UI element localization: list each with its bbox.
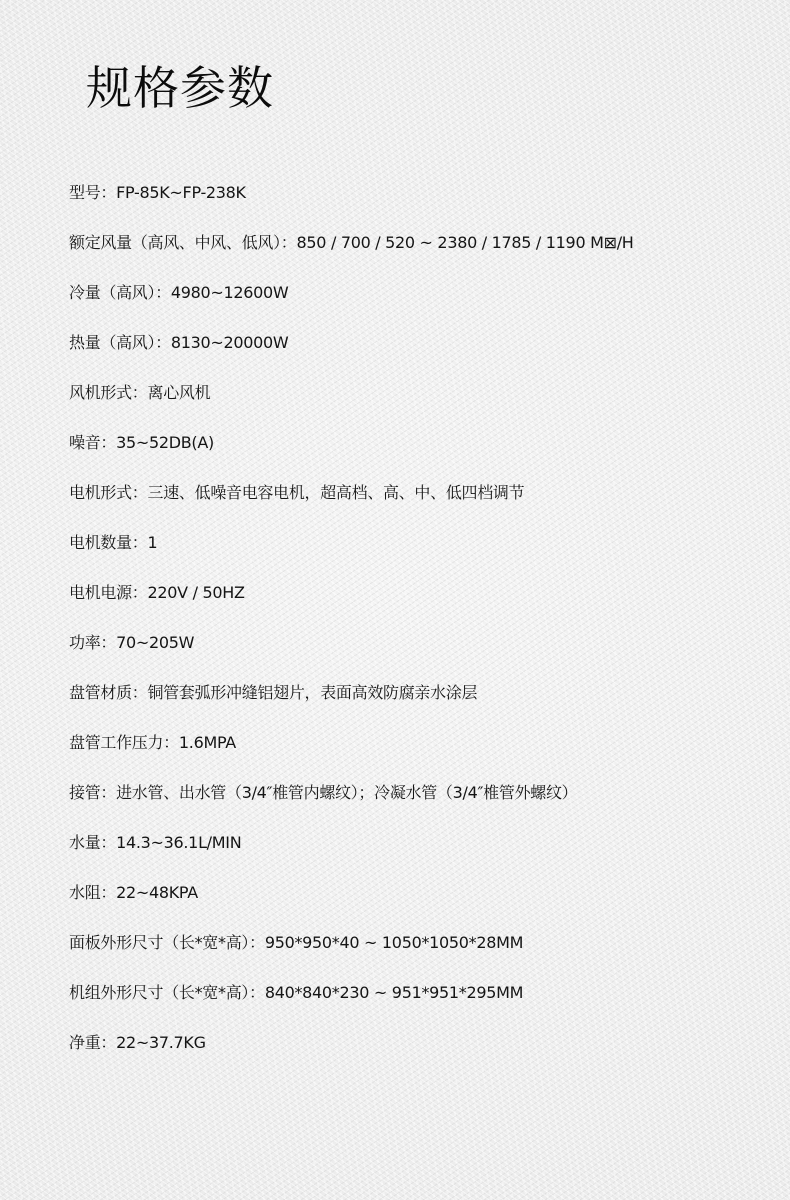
spec-row-rated-airflow: 额定风量（高风、中风、低风）：850 / 700 / 520 ~ 2380 / …: [69, 230, 634, 280]
spec-row-motor-type: 电机形式：三速、低噪音电容电机，超高档、高、中、低四档调节: [69, 480, 634, 530]
spec-value: 220V / 50HZ: [148, 583, 245, 602]
spec-row-power: 功率：70~205W: [69, 630, 634, 680]
spec-label: 功率：: [69, 633, 116, 652]
spec-list: 型号：FP-85K~FP-238K 额定风量（高风、中风、低风）：850 / 7…: [69, 180, 634, 1080]
spec-value: 1: [148, 533, 158, 552]
spec-value: 三速、低噪音电容电机，超高档、高、中、低四档调节: [148, 483, 525, 502]
spec-value: 铜管套弧形冲缝铝翅片，表面高效防腐亲水涂层: [148, 683, 478, 702]
spec-value: 840*840*230 ~ 951*951*295MM: [265, 983, 523, 1002]
spec-label: 电机数量：: [69, 533, 148, 552]
spec-label: 电机电源：: [69, 583, 148, 602]
spec-label: 水量：: [69, 833, 116, 852]
spec-label: 型号：: [69, 183, 116, 202]
spec-label: 噪音：: [69, 433, 116, 452]
spec-row-coil-material: 盘管材质：铜管套弧形冲缝铝翅片，表面高效防腐亲水涂层: [69, 680, 634, 730]
spec-row-noise: 噪音：35~52DB(A): [69, 430, 634, 480]
spec-value: 进水管、出水管（3/4″椎管内螺纹）；冷凝水管（3/4″椎管外螺纹）: [116, 783, 577, 802]
spec-value: 22~48KPA: [116, 883, 198, 902]
spec-row-net-weight: 净重：22~37.7KG: [69, 1030, 634, 1080]
spec-row-motor-power-supply: 电机电源：220V / 50HZ: [69, 580, 634, 630]
spec-value: 850 / 700 / 520 ~ 2380 / 1785 / 1190 M⊠/…: [297, 233, 634, 252]
spec-value: FP-85K~FP-238K: [116, 183, 246, 202]
spec-label: 热量（高风）：: [69, 333, 171, 352]
spec-value: 4980~12600W: [171, 283, 289, 302]
spec-label: 接管：: [69, 783, 116, 802]
spec-row-cooling-capacity: 冷量（高风）：4980~12600W: [69, 280, 634, 330]
spec-row-water-flow: 水量：14.3~36.1L/MIN: [69, 830, 634, 880]
spec-value: 22~37.7KG: [116, 1033, 206, 1052]
spec-label: 盘管材质：: [69, 683, 148, 702]
spec-label: 面板外形尺寸（长*宽*高）：: [69, 933, 265, 952]
spec-row-water-resistance: 水阻：22~48KPA: [69, 880, 634, 930]
spec-value: 35~52DB(A): [116, 433, 214, 452]
spec-value: 950*950*40 ~ 1050*1050*28MM: [265, 933, 523, 952]
spec-value: 8130~20000W: [171, 333, 289, 352]
spec-label: 冷量（高风）：: [69, 283, 171, 302]
spec-label: 风机形式：: [69, 383, 148, 402]
spec-row-coil-pressure: 盘管工作压力：1.6MPA: [69, 730, 634, 780]
spec-value: 14.3~36.1L/MIN: [116, 833, 241, 852]
spec-value: 70~205W: [116, 633, 194, 652]
spec-label: 净重：: [69, 1033, 116, 1052]
spec-row-motor-count: 电机数量：1: [69, 530, 634, 580]
spec-row-model: 型号：FP-85K~FP-238K: [69, 180, 634, 230]
spec-row-panel-dimensions: 面板外形尺寸（长*宽*高）：950*950*40 ~ 1050*1050*28M…: [69, 930, 634, 980]
spec-label: 水阻：: [69, 883, 116, 902]
page-title: 规格参数: [86, 58, 274, 118]
spec-row-heating-capacity: 热量（高风）：8130~20000W: [69, 330, 634, 380]
spec-sheet-page: 规格参数 型号：FP-85K~FP-238K 额定风量（高风、中风、低风）：85…: [0, 0, 790, 1200]
spec-label: 机组外形尺寸（长*宽*高）：: [69, 983, 265, 1002]
spec-row-unit-dimensions: 机组外形尺寸（长*宽*高）：840*840*230 ~ 951*951*295M…: [69, 980, 634, 1030]
spec-row-fan-type: 风机形式：离心风机: [69, 380, 634, 430]
spec-label: 盘管工作压力：: [69, 733, 179, 752]
spec-row-pipe-connection: 接管：进水管、出水管（3/4″椎管内螺纹）；冷凝水管（3/4″椎管外螺纹）: [69, 780, 634, 830]
spec-label: 电机形式：: [69, 483, 148, 502]
spec-label: 额定风量（高风、中风、低风）：: [69, 233, 297, 252]
spec-value: 离心风机: [148, 383, 211, 402]
spec-value: 1.6MPA: [179, 733, 236, 752]
